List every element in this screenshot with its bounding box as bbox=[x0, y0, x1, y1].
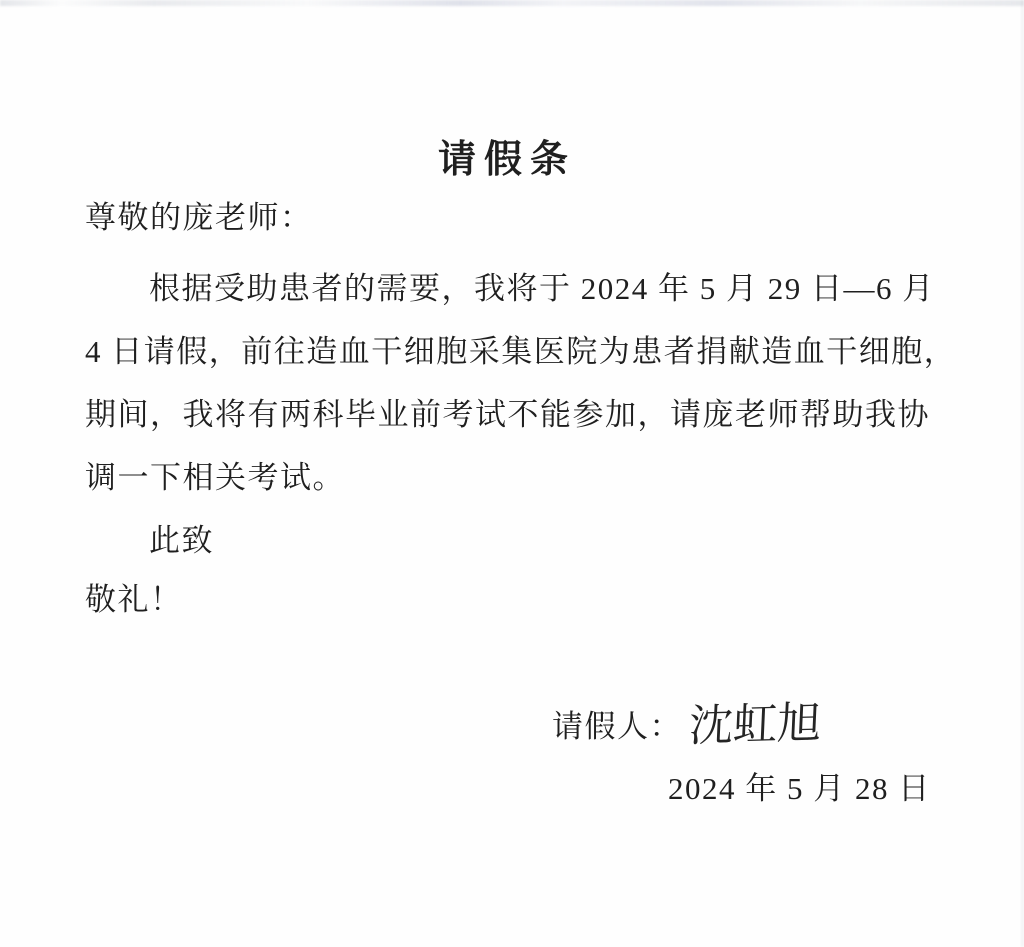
signature-row: 请假人：沈虹旭 bbox=[552, 698, 820, 753]
body-line-2: 4 日请假，前往造血干细胞采集医院为患者捐献造血干细胞， bbox=[85, 331, 945, 373]
leave-note-scanned-page: 请假条 尊敬的庞老师： 根据受助患者的需要，我将于 2024 年 5 月 29 … bbox=[0, 0, 1024, 947]
body-line-1: 根据受助患者的需要，我将于 2024 年 5 月 29 日—6 月 bbox=[85, 268, 945, 310]
date-line: 2024 年 5 月 28 日 bbox=[668, 768, 931, 810]
body-line-3: 期间，我将有两科毕业前考试不能参加，请庞老师帮助我协 bbox=[85, 394, 945, 436]
body-line-4: 调一下相关考试。 bbox=[85, 457, 945, 499]
scan-artifact-top-edge bbox=[0, 0, 1024, 6]
closing-cizhi: 此致 bbox=[85, 520, 945, 562]
closing-jingli: 敬礼！ bbox=[85, 579, 945, 621]
document-title: 请假条 bbox=[0, 138, 1014, 184]
salutation-line: 尊敬的庞老师： bbox=[85, 197, 945, 239]
signature-handwritten-name: 沈虹旭 bbox=[688, 697, 822, 753]
signature-label: 请假人： bbox=[552, 709, 682, 744]
